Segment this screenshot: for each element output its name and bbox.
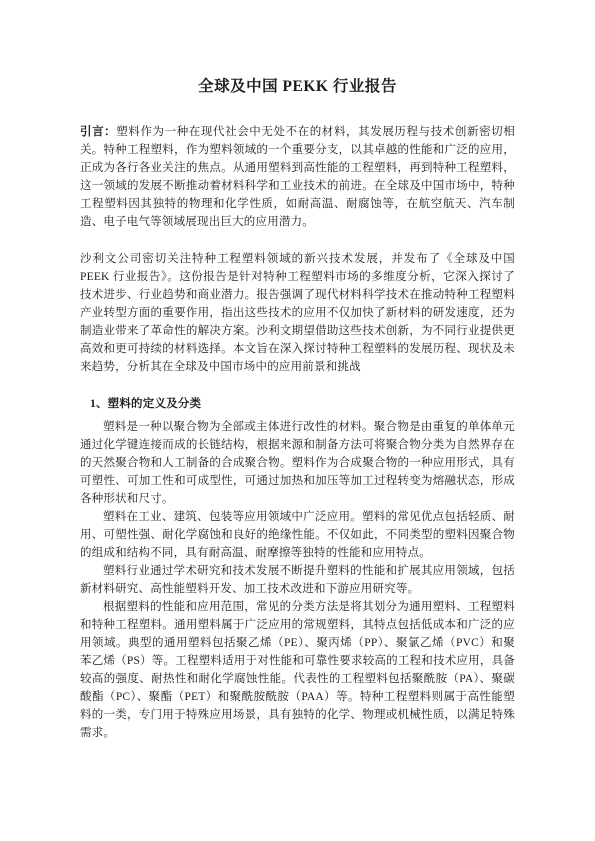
intro-text: 塑料作为一种在现代社会中无处不在的材料，其发展历程与技术创新密切相关。特种工程塑…	[80, 126, 515, 228]
section-1-heading: 1、塑料的定义及分类	[80, 395, 515, 413]
overview-paragraph: 沙利文公司密切关注特种工程塑料领域的新兴技术发展，并发布了《全球及中国 PEEK…	[80, 250, 515, 376]
section-1-paragraph: 塑料是一种以聚合物为全部或主体进行改性的材料。聚合物是由重复的单体单元通过化学键…	[80, 418, 515, 508]
section-1-paragraph: 塑料在工业、建筑、包装等应用领域中广泛应用。塑料的常见优点包括轻质、耐用、可塑性…	[80, 508, 515, 562]
document-title: 全球及中国 PEKK 行业报告	[80, 74, 515, 96]
intro-paragraph: 引言：塑料作为一种在现代社会中无处不在的材料，其发展历程与技术创新密切相关。特种…	[80, 123, 515, 231]
section-1-paragraph: 根据塑料的性能和应用范围，常见的分类方法是将其划分为通用塑料、工程塑料和特种工程…	[80, 598, 515, 742]
document-page: 全球及中国 PEKK 行业报告 引言：塑料作为一种在现代社会中无处不在的材料，其…	[0, 0, 595, 841]
section-1-paragraph: 塑料行业通过学术研究和技术发展不断提升塑料的性能和扩展其应用领域，包括新材料研究…	[80, 562, 515, 598]
intro-label: 引言：	[80, 126, 116, 138]
